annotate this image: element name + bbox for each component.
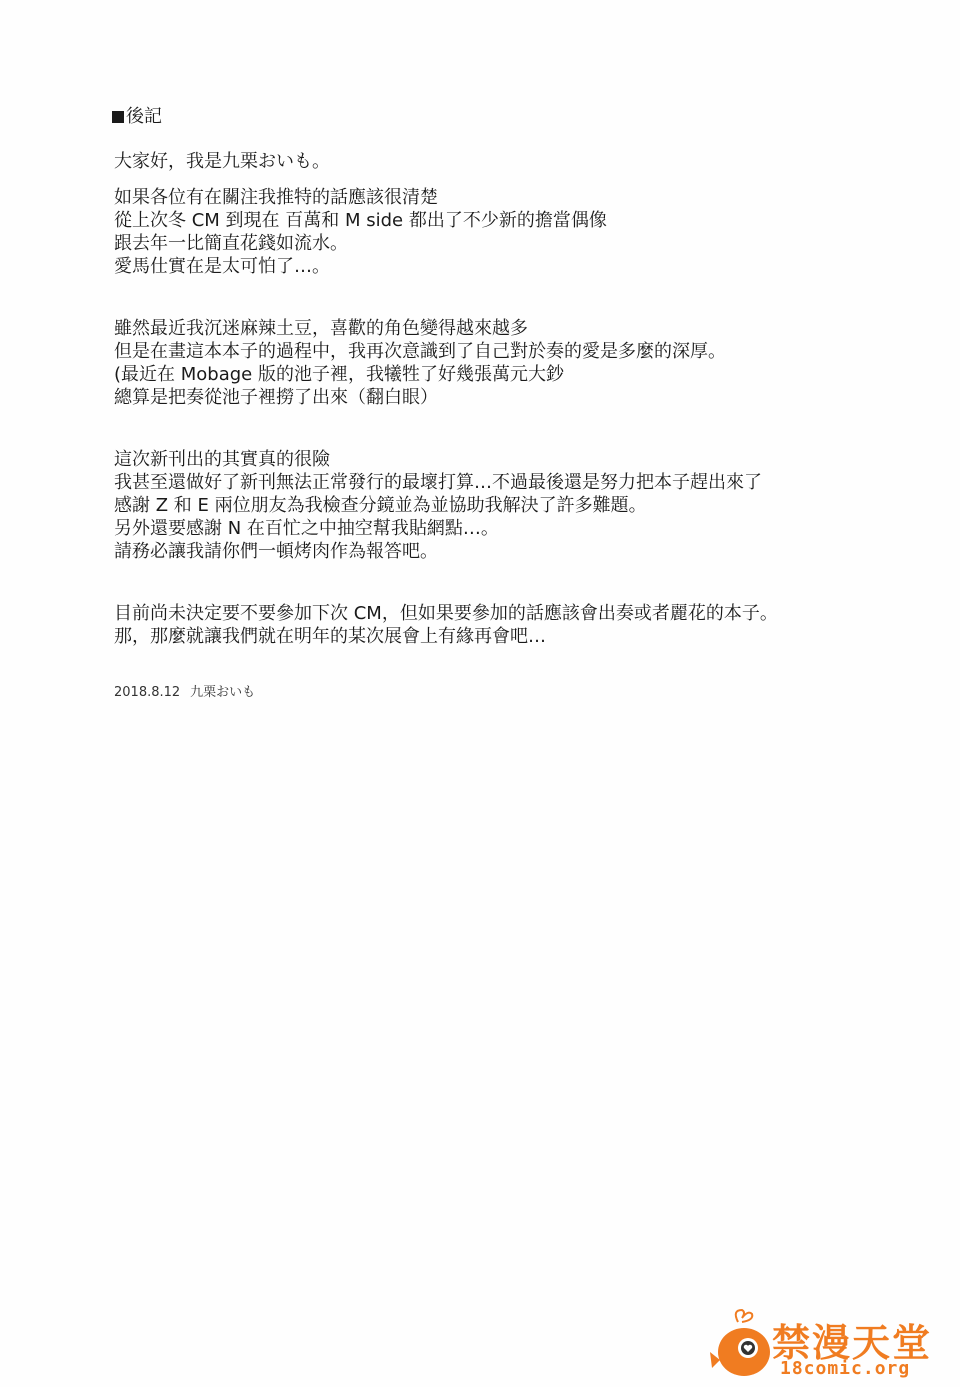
text-line: 雖然最近我沉迷麻辣土豆，喜歡的角色變得越來越多 [114,317,726,340]
text-line: 如果各位有在關注我推特的話應該很清楚 [114,186,607,209]
document-page: 後記 大家好，我是九栗おいも。如果各位有在關注我推特的話應該很清楚從上次冬 CM… [0,0,960,1387]
watermark-logo: 禁漫天堂 18comic.org [708,1308,958,1383]
paragraph: 這次新刊出的其實真的很險我甚至還做好了新刊無法正常發行的最壞打算…不過最後還是努… [114,448,762,563]
signature-author: 九栗おいも [190,685,255,700]
paragraph: 大家好，我是九栗おいも。 [114,150,330,173]
text-line: 另外還要感謝 N 在百忙之中抽空幫我貼網點…。 [114,517,762,540]
text-line: 大家好，我是九栗おいも。 [114,150,330,173]
heading-text: 後記 [126,105,162,129]
watermark-url: 18comic.org [780,1358,910,1379]
text-line: 愛馬仕實在是太可怕了…。 [114,255,607,278]
text-line: 跟去年一比簡直花錢如流水。 [114,232,607,255]
text-line: 目前尚未決定要不要參加下次 CM，但如果要參加的話應該會出奏或者麗花的本子。 [114,602,778,625]
paragraph: 目前尚未決定要不要參加下次 CM，但如果要參加的話應該會出奏或者麗花的本子。那，… [114,602,778,648]
signature-date: 2018.8.12 [114,685,180,700]
signature: 2018.8.12九栗おいも [114,681,255,700]
paragraph: 如果各位有在關注我推特的話應該很清楚從上次冬 CM 到現在 百萬和 M side… [114,186,607,278]
afterword-heading: 後記 [112,105,162,129]
text-line: 我甚至還做好了新刊無法正常發行的最壞打算…不過最後還是努力把本子趕出來了 [114,471,762,494]
text-line: 請務必讓我請你們一頓烤肉作為報答吧。 [114,540,762,563]
whale-mascot-icon [708,1308,774,1383]
text-line: 但是在畫這本本子的過程中，我再次意識到了自己對於奏的愛是多麼的深厚。 [114,340,726,363]
text-line: 那，那麼就讓我們就在明年的某次展會上有緣再會吧… [114,625,778,648]
black-square-bullet-icon [112,111,124,123]
text-line: 這次新刊出的其實真的很險 [114,448,762,471]
text-line: 感謝 Z 和 E 兩位朋友為我檢查分鏡並為並協助我解決了許多難題。 [114,494,762,517]
text-line: 從上次冬 CM 到現在 百萬和 M side 都出了不少新的擔當偶像 [114,209,607,232]
text-line: 總算是把奏從池子裡撈了出來（翻白眼） [114,386,726,409]
text-line: (最近在 Mobage 版的池子裡，我犧牲了好幾張萬元大鈔 [114,363,726,386]
paragraph: 雖然最近我沉迷麻辣土豆，喜歡的角色變得越來越多但是在畫這本本子的過程中，我再次意… [114,317,726,409]
